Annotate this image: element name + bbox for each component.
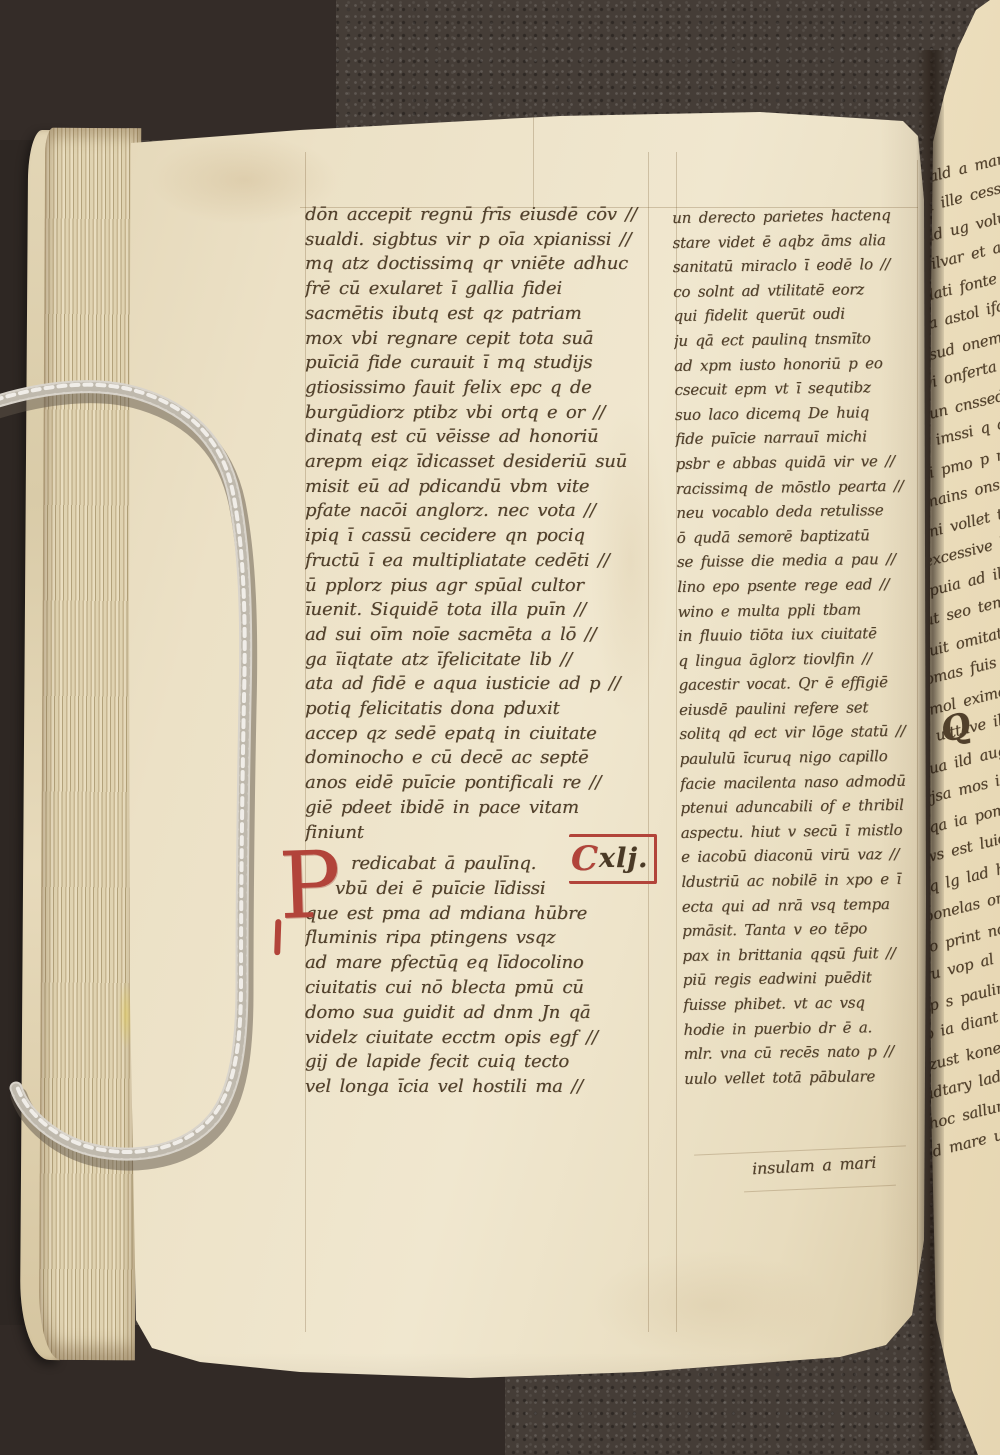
text-line: ad mare pfectūq eq līdocolino: [305, 951, 647, 976]
text-line: ga īiqtate atz īfelicitate lib //: [305, 648, 647, 673]
text-line: potiq felicitatis dona pduxit: [305, 697, 647, 722]
text-line: e iacobū diaconū virū vaz //: [681, 842, 927, 870]
text-line: mox vbi regnare cepit tota suā: [305, 327, 647, 352]
parchment-stain: [590, 1250, 830, 1360]
text-line: ad sui oīm noīe sacmēta a lō //: [305, 623, 647, 648]
text-line: ad xpm iusto honoriū p eo: [674, 350, 920, 378]
initial-stem: [274, 919, 281, 955]
text-line: ciuitatis cui nō blecta pmū cū: [305, 976, 647, 1001]
text-line: co solnt ad vtilitatē eorz: [673, 276, 919, 304]
text-line: lino epo psente rege ead //: [677, 571, 923, 599]
chapter-number: xlj.: [599, 847, 649, 872]
ruling-line: [648, 152, 649, 1332]
chapter-lines: redicabat ā paulīnq.vbū dei ē puīcie līd…: [305, 852, 647, 1100]
text-line: mlr. vna cū recēs nato p //: [684, 1039, 930, 1067]
text-line: neu vocablo deda retulisse: [676, 498, 922, 526]
gutter-shadow: [916, 50, 944, 1450]
text-line: q lingua āglorz tiovlfin //: [678, 645, 924, 673]
text-line: stare videt ē aqbz āms alia: [672, 227, 918, 255]
text-line: se fuisse die media a pau //: [677, 547, 923, 575]
text-line: īuenit. Siquidē tota illa puīn //: [305, 598, 647, 623]
ruling-line: [533, 113, 534, 208]
text-line: suo laco dicemq De huiq: [675, 399, 921, 427]
text-line: un derecto parietes hactenq: [672, 203, 918, 231]
text-line: ldustriū ac nobilē in xpo e ī: [681, 867, 927, 895]
text-line: fructū ī ea multipliatate cedēti //: [305, 549, 647, 574]
text-line: csecuit epm vt ī sequtibz: [674, 375, 920, 403]
text-line: frē cū exularet ī gallia fidei: [305, 277, 647, 302]
text-line: mq atz doctissimq qr vniēte adhuc: [305, 252, 647, 277]
chapter-number-prefix: C: [571, 847, 598, 872]
text-line: aspectu. hiut v secū ī mistlo: [681, 817, 927, 845]
text-line: ō qudā semorē baptizatū: [676, 522, 922, 550]
text-line: puīciā fide curauit ī mq studijs: [305, 351, 647, 376]
text-line: racissimq de mōstlo pearta //: [676, 473, 922, 501]
text-line: qui fidelit querūt oudi: [673, 301, 919, 329]
text-line: hodie in puerbio dr ē a.: [683, 1014, 929, 1042]
text-line: dominocho e cū decē ac septē: [305, 746, 647, 771]
text-line: ecta qui ad nrā vsq tempa: [682, 891, 928, 919]
text-line: pfate nacōi anglorz. nec vota //: [305, 499, 647, 524]
text-line: fide puīcie narrauī michi: [675, 424, 921, 452]
manuscript-photo: ald a mari ppz et mu ille cessit salvosi…: [0, 0, 1000, 1455]
text-line: vel longa īcia vel hostili ma //: [305, 1075, 647, 1100]
text-line: sanitatū miraclo ī eodē lo //: [673, 252, 919, 280]
text-line: videlz ciuitate ecctm opis egf //: [305, 1026, 647, 1051]
text-line: gacestir vocat. Qr ē effigiē: [679, 670, 925, 698]
text-line: ipiq ī cassū cecidere qn pociq: [305, 524, 647, 549]
text-line: fluminis ripa ptingens vsqz: [305, 926, 647, 951]
text-line: sualdi. sigbtus vir p oīa xpianissi //: [305, 228, 647, 253]
verso-page: dōn accepit regnū frīs eiusdē cōv //sual…: [0, 0, 1000, 1455]
text-line: que est pma ad mdiana hūbre: [305, 902, 647, 927]
text-line: fuisse phibet. vt ac vsq: [683, 989, 929, 1017]
text-line: accep qz sedē epatq in ciuitate: [305, 722, 647, 747]
text-line: facie macilenta naso admodū: [680, 768, 926, 796]
text-line: ū pplorz pius agr spūal cultor: [305, 574, 647, 599]
text-line: in fluuio tiōta iux ciuitatē: [678, 621, 924, 649]
page-stack-fore-edge: [39, 128, 141, 1360]
background-top-left: [0, 0, 336, 140]
red-initial-p: P: [278, 845, 342, 927]
text-line: pmāsit. Tanta v eo tēpo: [682, 916, 928, 944]
text-line: dōn accepit regnū frīs eiusdē cōv //: [305, 203, 647, 228]
text-line: ata ad fidē e aqua iusticie ad p //: [305, 672, 647, 697]
text-line: eiusdē paulini refere set: [679, 694, 925, 722]
text-line: burgūdiorz ptibz vbi ortq e or //: [305, 401, 647, 426]
text-line: gij de lapide fecit cuiq tecto: [305, 1050, 647, 1075]
text-line: psbr e abbas quidā vir ve //: [675, 448, 921, 476]
text-line: dinatq est cū vēisse ad honoriū: [305, 425, 647, 450]
text-column-right: un derecto parietes hactenqstare videt ē…: [672, 203, 930, 1092]
text-line: ptenui aduncabili of e thribil: [680, 793, 926, 821]
text-line: sacmētis ibutq est qz patriam: [305, 302, 647, 327]
text-line: uulo vellet totā pābulare: [684, 1063, 930, 1091]
text-line: wino e multa ppli tbam: [677, 596, 923, 624]
text-line: paululū īcuruq nigo capillo: [680, 744, 926, 772]
text-line: anos eidē puīcie pontificali re //: [305, 771, 647, 796]
text-line: gtiosissimo fauit felix epc q de: [305, 376, 647, 401]
chapter-opening: P C xlj. redicabat ā paulīnq.vbū dei ē p…: [305, 852, 647, 1100]
text-line: domo sua guidit ad dnm Jn qā: [305, 1001, 647, 1026]
text-line: pax in brittania qqsū fuit //: [682, 940, 928, 968]
catchword: insulam a mari: [752, 1153, 877, 1178]
text-line: solitq qd ect vir lōge statū //: [679, 719, 925, 747]
text-line: piū regis eadwini puēdit: [683, 965, 929, 993]
text-line: giē pdeet ibidē in pace vitam: [305, 796, 647, 821]
text-column-left: dōn accepit regnū frīs eiusdē cōv //sual…: [305, 203, 647, 845]
text-line: arepm eiqz īdicasset desideriū suū: [305, 450, 647, 475]
text-line: ju qā ect paulinq tnsmīto: [674, 326, 920, 354]
chapter-number-badge: C xlj.: [569, 834, 657, 884]
catchword-underline: [744, 1185, 896, 1193]
text-line: misit eū ad pdicandū vbm vite: [305, 475, 647, 500]
